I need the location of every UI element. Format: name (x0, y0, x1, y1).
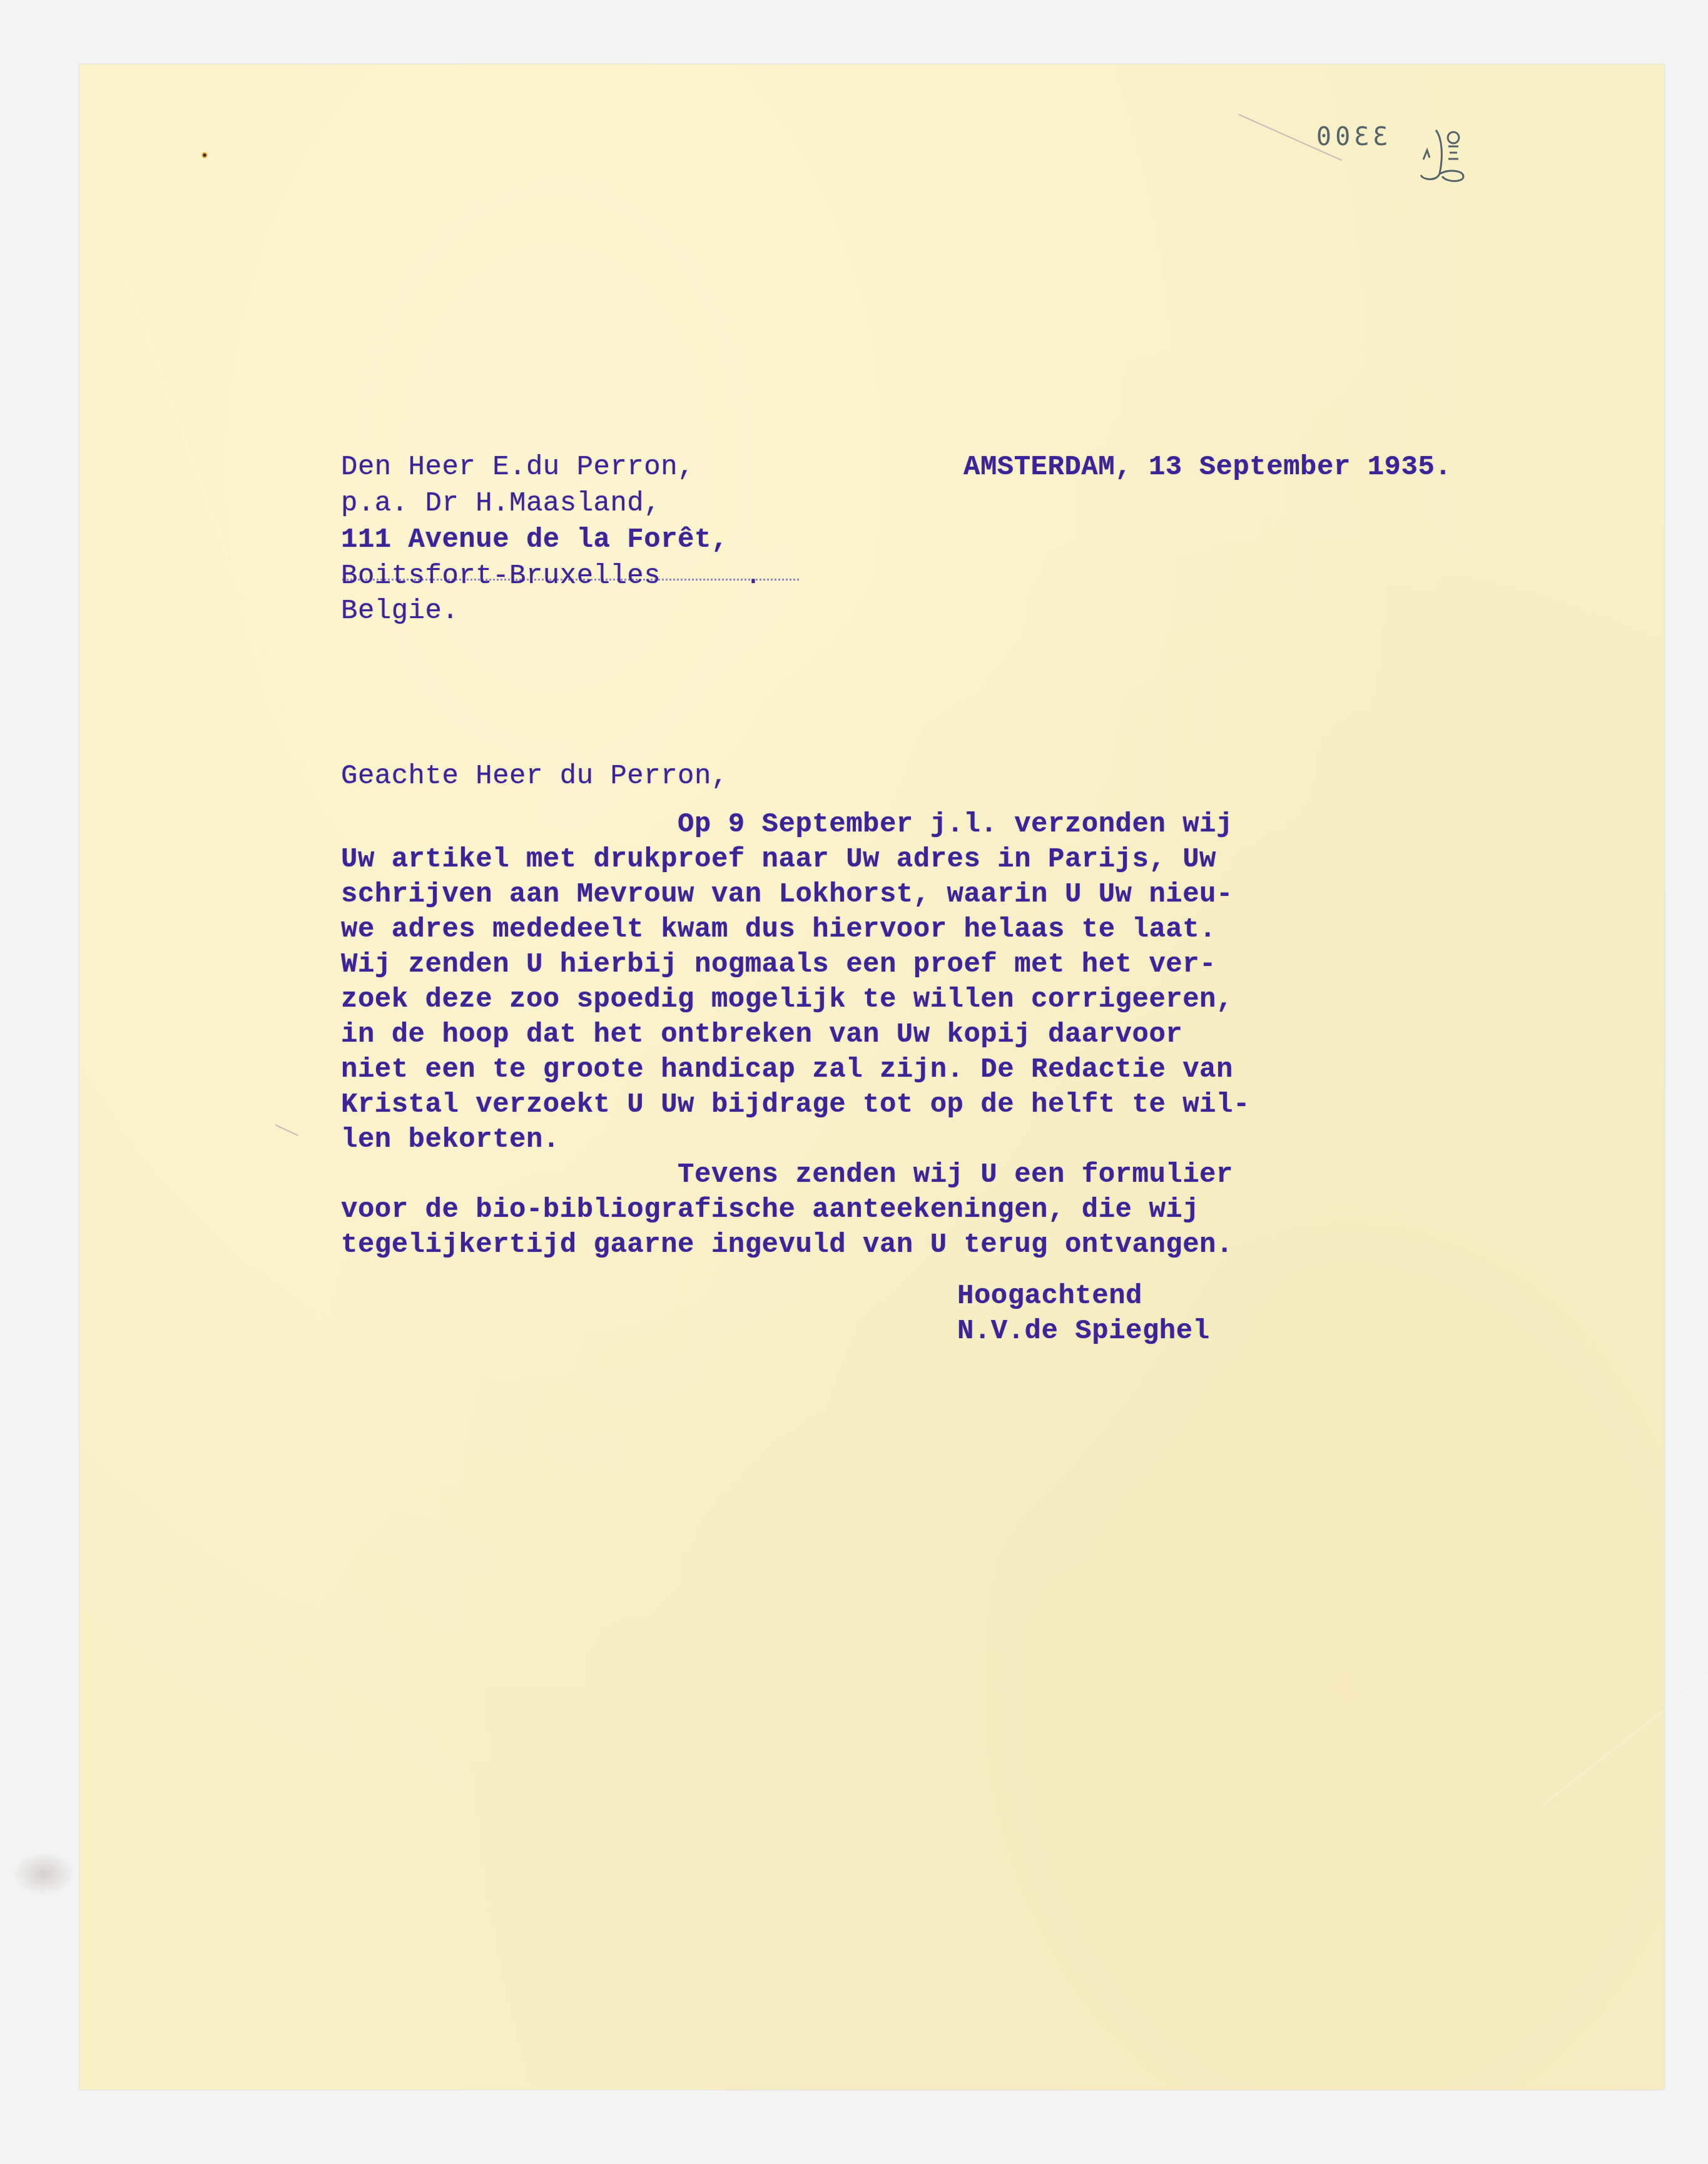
body-line: we adres mededeelt kwam dus hiervoor hel… (341, 912, 1216, 948)
body-line: voor de bio-bibliografische aanteekening… (341, 1192, 1199, 1228)
body-line: Wij zenden U hierbij nogmaals een proef … (341, 947, 1216, 983)
monogram-stamp-icon (1417, 125, 1467, 185)
archive-number-stamp: 3300 (1313, 123, 1388, 151)
body-line: Op 9 September j.l. verzonden wij (341, 806, 1233, 843)
address-line: Den Heer E.du Perron, (341, 449, 694, 485)
address-line: 111 Avenue de la Forêt, (341, 522, 728, 558)
valediction: Hoogachtend (957, 1278, 1142, 1314)
body-line: niet een te groote handicap zal zijn. De… (341, 1052, 1233, 1088)
body-line: Kristal verzoekt U Uw bijdrage tot op de… (341, 1087, 1250, 1123)
address-underline (342, 579, 799, 581)
address-line: Boitsfort-Bruxelles . (341, 558, 762, 594)
body-line: tegelijkertijd gaarne ingevuld van U ter… (341, 1227, 1233, 1263)
body-line: Uw artikel met drukproef naar Uw adres i… (341, 841, 1216, 878)
paper-crease (1543, 1642, 1708, 1805)
address-line: Belgie. (341, 593, 459, 629)
body-line: zoek deze zoo spoedig mogelijk te willen… (341, 982, 1233, 1018)
body-line: in de hoop dat het ontbreken van Uw kopi… (341, 1017, 1182, 1053)
body-line: schrijven aan Mevrouw van Lokhorst, waar… (341, 876, 1233, 913)
address-line: p.a. Dr H.Maasland, (341, 485, 661, 522)
place-date-line: AMSTERDAM, 13 September 1935. (963, 449, 1451, 485)
salutation: Geachte Heer du Perron, (341, 758, 728, 795)
body-line: Tevens zenden wij U een formulier (341, 1157, 1233, 1193)
signatory: N.V.de Spieghel (957, 1313, 1210, 1349)
scanner-smudge (13, 1852, 75, 1896)
paper-crease (116, 253, 310, 782)
rust-spot (201, 152, 208, 158)
body-line: len bekorten. (341, 1122, 560, 1158)
